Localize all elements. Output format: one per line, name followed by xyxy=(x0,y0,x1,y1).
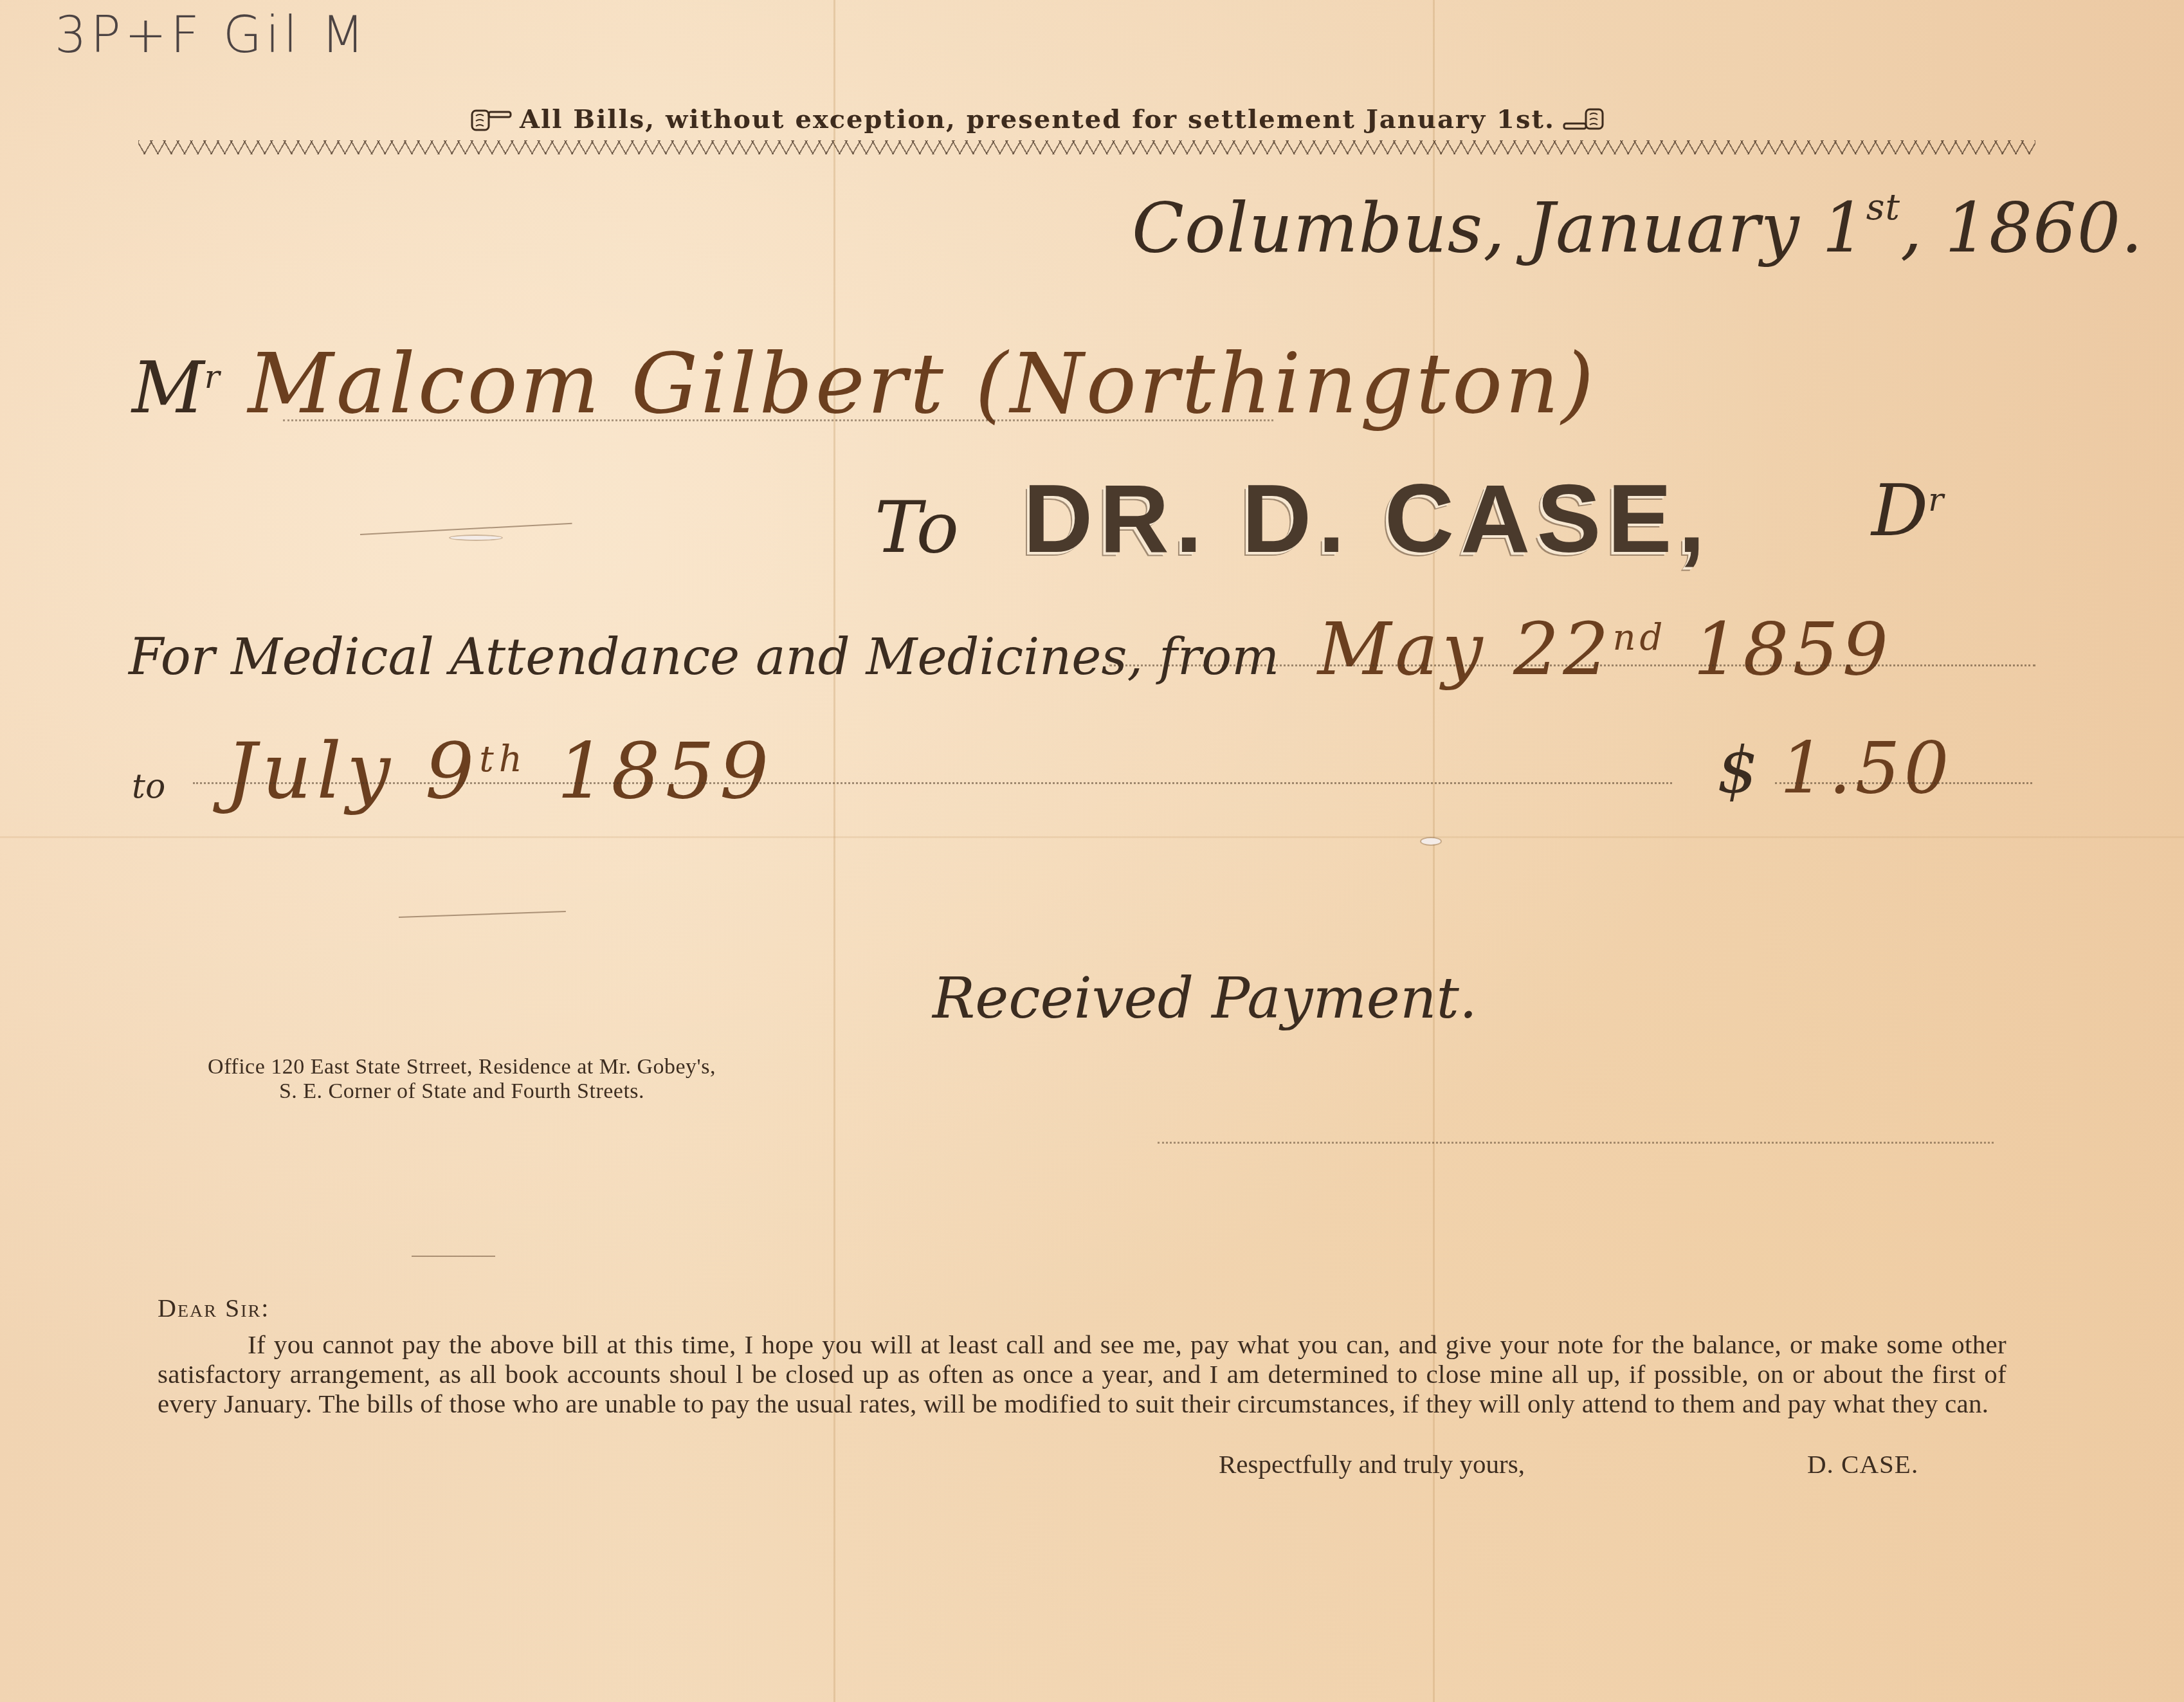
creditor-line: To DR. D. CASE, xyxy=(875,463,1711,574)
amount-field: $ 1.50 xyxy=(1717,727,1953,809)
pencil-annotation: 3P+F Gil M xyxy=(55,6,369,64)
header-notice: All Bills, without exception, presented … xyxy=(469,104,1717,134)
date-day-suffix: st xyxy=(1866,187,1900,228)
addressee-dotted-rule xyxy=(283,419,1273,421)
date-month: January xyxy=(1528,188,1800,268)
fold-crease xyxy=(833,0,835,1702)
letter-body: If you cannot pay the above bill at this… xyxy=(158,1330,2007,1418)
paper-tear xyxy=(1421,838,1441,845)
addressee-salutation: Mr xyxy=(132,347,220,429)
currency-symbol: $ xyxy=(1717,733,1758,808)
service-to-label: to xyxy=(132,767,165,806)
office-address-line1: Office 120 East State Strreet, Residence… xyxy=(153,1055,770,1079)
office-address: Office 120 East State Strreet, Residence… xyxy=(153,1055,770,1104)
addressee-name: Malcom Gilbert (Northington) xyxy=(248,334,1597,432)
date-line: Columbus, January 1st, 1860. xyxy=(1132,187,2143,268)
paper-tear xyxy=(450,536,502,540)
service-to-date: July 9th 1859 xyxy=(226,727,774,816)
service-dotted-rule xyxy=(1109,664,2035,666)
received-payment-label: Received Payment. xyxy=(933,965,1477,1031)
amount-value: 1.50 xyxy=(1780,727,1953,809)
letter-closing: Respectfully and truly yours, xyxy=(1219,1449,1525,1479)
pointing-hand-left-icon xyxy=(1561,107,1605,133)
date-city: Columbus, xyxy=(1132,188,1506,268)
debtor-abbrev: Dr xyxy=(1871,470,1943,552)
letter-signature: D. CASE. xyxy=(1807,1449,1918,1479)
creditor-prefix: To xyxy=(875,486,959,569)
signature-dotted-rule xyxy=(1158,1142,1994,1144)
decorative-zigzag-rule xyxy=(138,140,2035,154)
date-year: , 1860. xyxy=(1900,188,2143,268)
service-line: For Medical Attendance and Medicines, fr… xyxy=(129,608,1892,691)
creditor-name: DR. D. CASE, xyxy=(1023,463,1711,574)
amount-dotted-rule xyxy=(1775,782,2032,784)
header-notice-text: All Bills, without exception, presented … xyxy=(520,104,1555,134)
pointing-hand-right-icon xyxy=(469,107,513,133)
service-to-dotted-rule xyxy=(193,782,1672,784)
service-to-line: to July 9th 1859 xyxy=(132,727,774,816)
service-from-date: May 22nd 1859 xyxy=(1318,608,1892,691)
service-label: For Medical Attendance and Medicines, fr… xyxy=(129,628,1279,686)
letter-block: Dear Sir: If you cannot pay the above bi… xyxy=(158,1293,2007,1418)
office-address-line2: S. E. Corner of State and Fourth Streets… xyxy=(153,1079,770,1104)
paper-crack xyxy=(412,1256,495,1257)
letter-salutation: Dear Sir: xyxy=(158,1293,2007,1323)
date-day: 1 xyxy=(1822,188,1866,268)
fold-crease xyxy=(0,836,2184,838)
addressee-line: Mr Malcom Gilbert (Northington) xyxy=(132,334,1597,432)
